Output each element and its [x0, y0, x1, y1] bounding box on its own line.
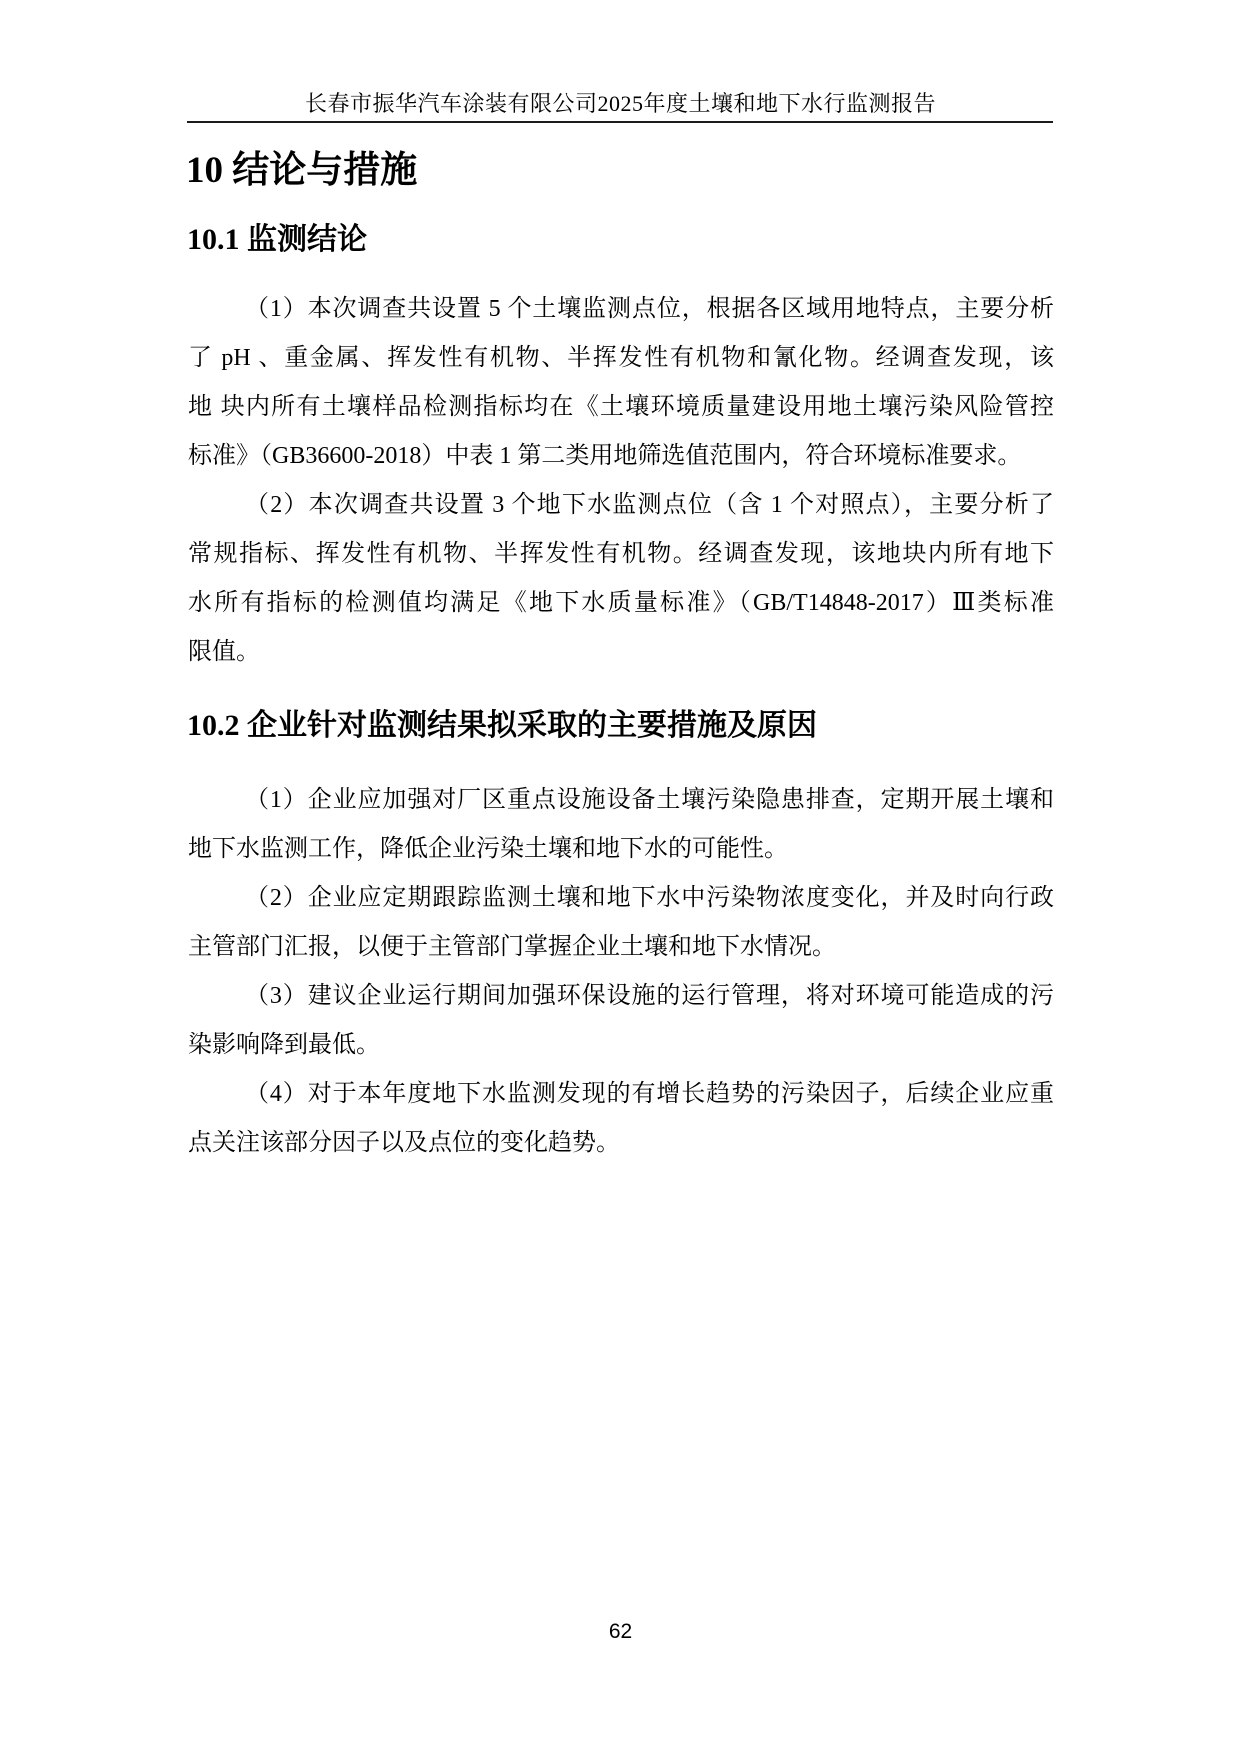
paragraph: （1）企业应加强对厂区重点设施设备土壤污染隐患排查，定期开展土壤和地下水监测工作… [188, 776, 1054, 874]
paragraph-line: 点关注该部分因子以及点位的变化趋势。 [188, 1119, 1054, 1168]
running-header-title: 长春市振华汽车涂装有限公司2025年度土壤和地下水行监测报告 [0, 92, 1241, 116]
report-page: 长春市振华汽车涂装有限公司2025年度土壤和地下水行监测报告 10 结论与措施 … [0, 0, 1241, 1755]
section-10-1-body: （1）本次调查共设置 5 个土壤监测点位，根据各区域用地特点，主要分析了 pH … [188, 285, 1054, 677]
chapter-heading: 10 结论与措施 [186, 149, 417, 193]
paragraph-line: 主管部门汇报，以便于主管部门掌握企业土壤和地下水情况。 [188, 923, 1054, 972]
paragraph-line: （2）企业应定期跟踪监测土壤和地下水中污染物浓度变化，并及时向行政 [188, 874, 1054, 923]
paragraph: （2）企业应定期跟踪监测土壤和地下水中污染物浓度变化，并及时向行政主管部门汇报，… [188, 874, 1054, 972]
paragraph-line: （4）对于本年度地下水监测发现的有增长趋势的污染因子，后续企业应重 [188, 1070, 1054, 1119]
paragraph: （4）对于本年度地下水监测发现的有增长趋势的污染因子，后续企业应重点关注该部分因… [188, 1070, 1054, 1168]
paragraph: （1）本次调查共设置 5 个土壤监测点位，根据各区域用地特点，主要分析了 pH … [188, 285, 1054, 481]
paragraph-line: （2）本次调查共设置 3 个地下水监测点位（含 1 个对照点），主要分析了 [188, 481, 1054, 530]
section-10-2-body: （1）企业应加强对厂区重点设施设备土壤污染隐患排查，定期开展土壤和地下水监测工作… [188, 776, 1054, 1168]
paragraph: （3）建议企业运行期间加强环保设施的运行管理，将对环境可能造成的污染影响降到最低… [188, 972, 1054, 1070]
paragraph-line: 地 块内所有土壤样品检测指标均在《土壤环境质量建设用地土壤污染风险管控 [188, 383, 1054, 432]
paragraph-line: （1）本次调查共设置 5 个土壤监测点位，根据各区域用地特点，主要分析 [188, 285, 1054, 334]
paragraph-line: 染影响降到最低。 [188, 1021, 1054, 1070]
section-10-1-heading: 10.1 监测结论 [187, 222, 367, 258]
paragraph-line: 水所有指标的检测值均满足《地下水质量标准》（GB/T14848-2017）Ⅲ类标… [188, 579, 1054, 628]
paragraph-line: 常规指标、挥发性有机物、半挥发性有机物。经调查发现，该地块内所有地下 [188, 530, 1054, 579]
paragraph-line: 地下水监测工作，降低企业污染土壤和地下水的可能性。 [188, 825, 1054, 874]
paragraph-line: 限值。 [188, 628, 1054, 677]
paragraph-line: （1）企业应加强对厂区重点设施设备土壤污染隐患排查，定期开展土壤和 [188, 776, 1054, 825]
section-10-2-heading: 10.2 企业针对监测结果拟采取的主要措施及原因 [187, 708, 817, 744]
paragraph-line: 标准》（GB36600-2018）中表 1 第二类用地筛选值范围内，符合环境标准… [188, 432, 1054, 481]
header-rule [187, 121, 1053, 123]
paragraph-line: 了 pH 、重金属、挥发性有机物、半挥发性有机物和氰化物。经调查发现，该 [188, 334, 1054, 383]
page-number: 62 [0, 1620, 1241, 1644]
paragraph-line: （3）建议企业运行期间加强环保设施的运行管理，将对环境可能造成的污 [188, 972, 1054, 1021]
paragraph: （2）本次调查共设置 3 个地下水监测点位（含 1 个对照点），主要分析了常规指… [188, 481, 1054, 677]
